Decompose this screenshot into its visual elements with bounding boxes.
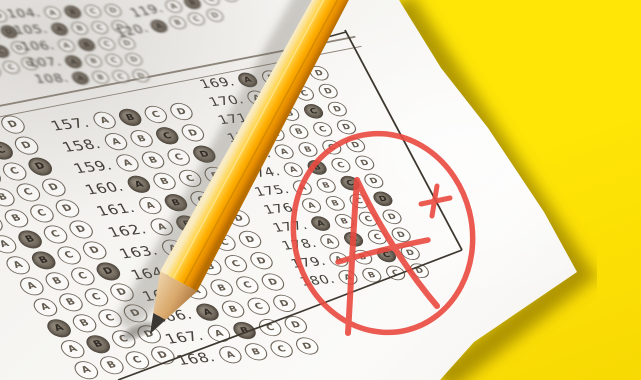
pencil-layer xyxy=(0,0,641,380)
pencil-body xyxy=(160,0,351,291)
photo-answer-sheet-scene: ABCDABCDABCDABCDABCD 104.ABCD105.ABCD106… xyxy=(0,0,641,380)
